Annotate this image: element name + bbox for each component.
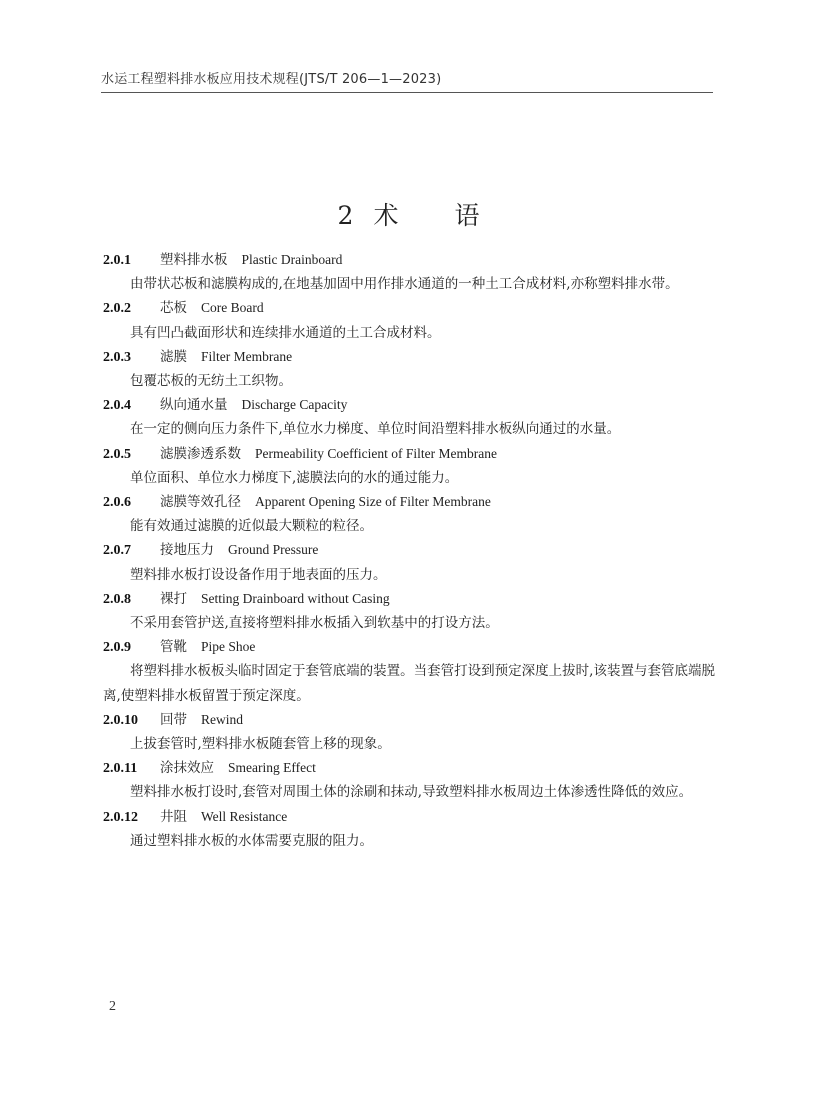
term-definition: 包覆芯板的无纺土工织物。	[103, 369, 715, 393]
term-chinese: 回带	[160, 712, 187, 728]
term-item: 2.0.1塑料排水板Plastic Drainboard 由带状芯板和滤膜构成的…	[103, 248, 715, 296]
term-english: Core Board	[201, 300, 264, 315]
term-chinese: 涂抹效应	[160, 760, 214, 776]
term-definition: 不采用套管护送,直接将塑料排水板插入到软基中的打设方法。	[103, 611, 715, 635]
term-english: Ground Pressure	[228, 542, 318, 557]
term-definition: 具有凹凸截面形状和连续排水通道的土工合成材料。	[103, 321, 715, 345]
term-definition: 能有效通过滤膜的近似最大颗粒的粒径。	[103, 514, 715, 538]
term-english: Plastic Drainboard	[242, 252, 343, 267]
term-number: 2.0.8	[103, 588, 160, 612]
term-chinese: 塑料排水板	[160, 252, 228, 268]
term-item: 2.0.10回带Rewind 上拔套管时,塑料排水板随套管上移的现象。	[103, 708, 715, 756]
term-item: 2.0.8裸打Setting Drainboard without Casing…	[103, 587, 715, 635]
term-number: 2.0.10	[103, 709, 160, 733]
term-definition: 上拔套管时,塑料排水板随套管上移的现象。	[103, 732, 715, 756]
term-chinese: 井阻	[160, 809, 187, 825]
term-item: 2.0.11涂抹效应Smearing Effect 塑料排水板打设时,套管对周围…	[103, 756, 715, 804]
header-rule	[101, 92, 713, 93]
term-item: 2.0.2芯板Core Board 具有凹凸截面形状和连续排水通道的土工合成材料…	[103, 296, 715, 344]
term-definition: 塑料排水板打设时,套管对周围土体的涂刷和抹动,导致塑料排水板周边土体渗透性降低的…	[103, 780, 715, 804]
term-english: Permeability Coefficient of Filter Membr…	[255, 446, 497, 461]
chapter-title-part1: 术	[373, 201, 398, 230]
term-english: Discharge Capacity	[242, 397, 348, 412]
term-english: Rewind	[201, 712, 243, 727]
term-number: 2.0.11	[103, 757, 160, 781]
term-chinese: 裸打	[160, 591, 187, 607]
term-chinese: 滤膜渗透系数	[160, 446, 241, 462]
term-item: 2.0.12井阻Well Resistance 通过塑料排水板的水体需要克服的阻…	[103, 805, 715, 853]
chapter-title: 2术语	[0, 196, 817, 232]
terms-list: 2.0.1塑料排水板Plastic Drainboard 由带状芯板和滤膜构成的…	[103, 248, 715, 853]
term-number: 2.0.5	[103, 443, 160, 467]
term-number: 2.0.4	[103, 394, 160, 418]
term-definition: 通过塑料排水板的水体需要克服的阻力。	[103, 829, 715, 853]
term-item: 2.0.5滤膜渗透系数Permeability Coefficient of F…	[103, 442, 715, 490]
term-item: 2.0.9管靴Pipe Shoe 将塑料排水板板头临时固定于套管底端的装置。当套…	[103, 635, 715, 708]
term-item: 2.0.3滤膜Filter Membrane 包覆芯板的无纺土工织物。	[103, 345, 715, 393]
term-item: 2.0.7接地压力Ground Pressure 塑料排水板打设设备作用于地表面…	[103, 538, 715, 586]
term-number: 2.0.9	[103, 636, 160, 660]
term-chinese: 滤膜等效孔径	[160, 494, 241, 510]
term-number: 2.0.1	[103, 249, 160, 273]
term-number: 2.0.3	[103, 346, 160, 370]
term-definition: 在一定的侧向压力条件下,单位水力梯度、单位时间沿塑料排水板纵向通过的水量。	[103, 417, 715, 441]
term-number: 2.0.12	[103, 806, 160, 830]
term-english: Smearing Effect	[228, 760, 316, 775]
page-number: 2	[109, 999, 116, 1015]
term-chinese: 接地压力	[160, 542, 214, 558]
term-definition: 将塑料排水板板头临时固定于套管底端的装置。当套管打设到预定深度上拔时,该装置与套…	[103, 659, 715, 707]
term-definition: 塑料排水板打设设备作用于地表面的压力。	[103, 563, 715, 587]
term-chinese: 滤膜	[160, 349, 187, 365]
term-item: 2.0.4纵向通水量Discharge Capacity 在一定的侧向压力条件下…	[103, 393, 715, 441]
term-english: Pipe Shoe	[201, 639, 255, 654]
chapter-title-part2: 语	[454, 201, 479, 230]
running-header: 水运工程塑料排水板应用技术规程(JTS/T 206—1—2023)	[101, 68, 441, 87]
term-number: 2.0.7	[103, 539, 160, 563]
term-english: Filter Membrane	[201, 349, 292, 364]
term-chinese: 芯板	[160, 300, 187, 316]
term-number: 2.0.6	[103, 491, 160, 515]
chapter-number: 2	[338, 201, 354, 230]
term-english: Apparent Opening Size of Filter Membrane	[255, 494, 491, 509]
term-item: 2.0.6滤膜等效孔径Apparent Opening Size of Filt…	[103, 490, 715, 538]
term-chinese: 纵向通水量	[160, 397, 228, 413]
term-definition: 单位面积、单位水力梯度下,滤膜法向的水的通过能力。	[103, 466, 715, 490]
term-number: 2.0.2	[103, 297, 160, 321]
term-english: Setting Drainboard without Casing	[201, 591, 390, 606]
term-definition: 由带状芯板和滤膜构成的,在地基加固中用作排水通道的一种土工合成材料,亦称塑料排水…	[103, 272, 715, 296]
term-english: Well Resistance	[201, 809, 287, 824]
term-chinese: 管靴	[160, 639, 187, 655]
